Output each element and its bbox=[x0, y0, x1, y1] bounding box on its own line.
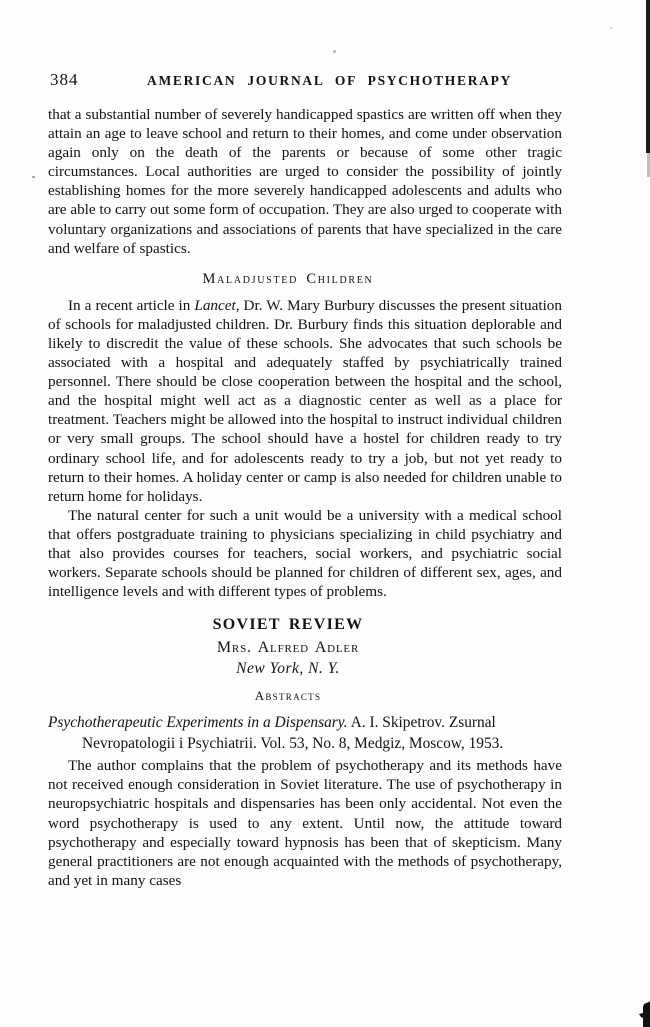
scan-artifact-speck bbox=[610, 27, 612, 29]
paragraph-continued-from-previous-page: that a substantial number of severely ha… bbox=[48, 105, 562, 258]
journal-name-lancet: Lancet, bbox=[194, 297, 239, 314]
paragraph-text: In a recent article in bbox=[68, 297, 194, 314]
abstract-citation-title: Psychotherapeutic Experiments in a Dispe… bbox=[48, 714, 348, 731]
subsection-heading-abstracts: Abstracts bbox=[31, 688, 545, 704]
page-number: 384 bbox=[50, 70, 79, 90]
section-heading-maladjusted-children: Maladjusted Children bbox=[31, 271, 545, 288]
article-header-soviet-review: SOVIET REVIEW Mrs. Alfred Adler New York… bbox=[31, 616, 545, 704]
paragraph-text: Dr. W. Mary Burbury discusses the presen… bbox=[48, 297, 562, 505]
running-head: 384 AMERICAN JOURNAL OF PSYCHOTHERAPY bbox=[48, 70, 562, 90]
article-title: SOVIET REVIEW bbox=[31, 616, 545, 634]
article-author-location: New York, N. Y. bbox=[31, 660, 545, 678]
paragraph-maladjusted-2: The natural center for such a unit would… bbox=[48, 506, 562, 601]
paragraph-maladjusted-1: In a recent article in Lancet, Dr. W. Ma… bbox=[48, 296, 562, 506]
scan-artifact-right-edge-strip bbox=[646, 0, 650, 153]
scanned-journal-page: 384 AMERICAN JOURNAL OF PSYCHOTHERAPY th… bbox=[0, 0, 650, 1027]
scan-artifact-speck bbox=[32, 176, 35, 178]
journal-title: AMERICAN JOURNAL OF PSYCHOTHERAPY bbox=[147, 73, 512, 89]
abstract-citation: Psychotherapeutic Experiments in a Dispe… bbox=[48, 713, 562, 754]
page-content: 384 AMERICAN JOURNAL OF PSYCHOTHERAPY th… bbox=[48, 70, 562, 890]
article-author: Mrs. Alfred Adler bbox=[31, 639, 545, 657]
scan-artifact-speck bbox=[333, 50, 336, 53]
paragraph-abstract-1: The author complains that the problem of… bbox=[48, 756, 562, 890]
scan-artifact-ink-blob bbox=[636, 1001, 650, 1027]
